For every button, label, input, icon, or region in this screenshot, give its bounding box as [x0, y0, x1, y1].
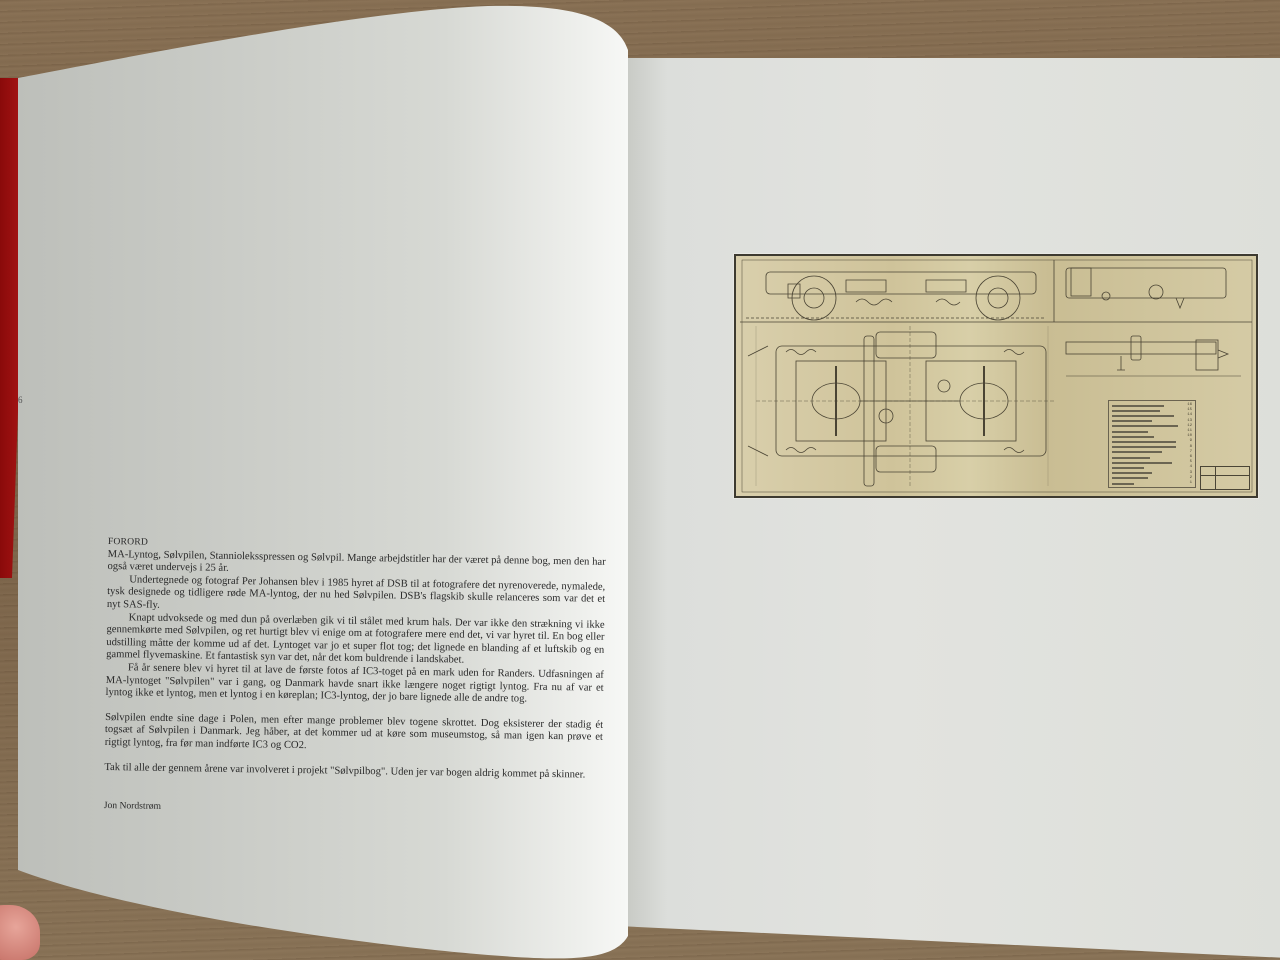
drawing-title-block [1200, 466, 1250, 490]
page-number: 6 [18, 395, 23, 405]
foreword-paragraph: Sølvpilen endte sine dage i Polen, men e… [105, 712, 604, 758]
foreword-paragraph: Få år senere blev vi hyret til at lave d… [105, 662, 604, 708]
foreword-text: FORORD MA-Lyntog, Sølvpilen, Stannioleks… [104, 536, 606, 820]
bogie-technical-drawing: 16 15 14 13 12 11 10 9 8 7 6 5 4 3 2 1 [734, 254, 1258, 498]
legend-row: 1 [1112, 481, 1192, 486]
right-page [628, 58, 1280, 958]
foreword-paragraph: Knapt udvoksede og med dun på overlæben … [106, 612, 605, 670]
thumb [0, 905, 40, 960]
foreword-paragraph: Tak til alle der gennem årene var involv… [104, 761, 602, 781]
drawing-parts-legend: 16 15 14 13 12 11 10 9 8 7 6 5 4 3 2 1 [1108, 400, 1196, 488]
